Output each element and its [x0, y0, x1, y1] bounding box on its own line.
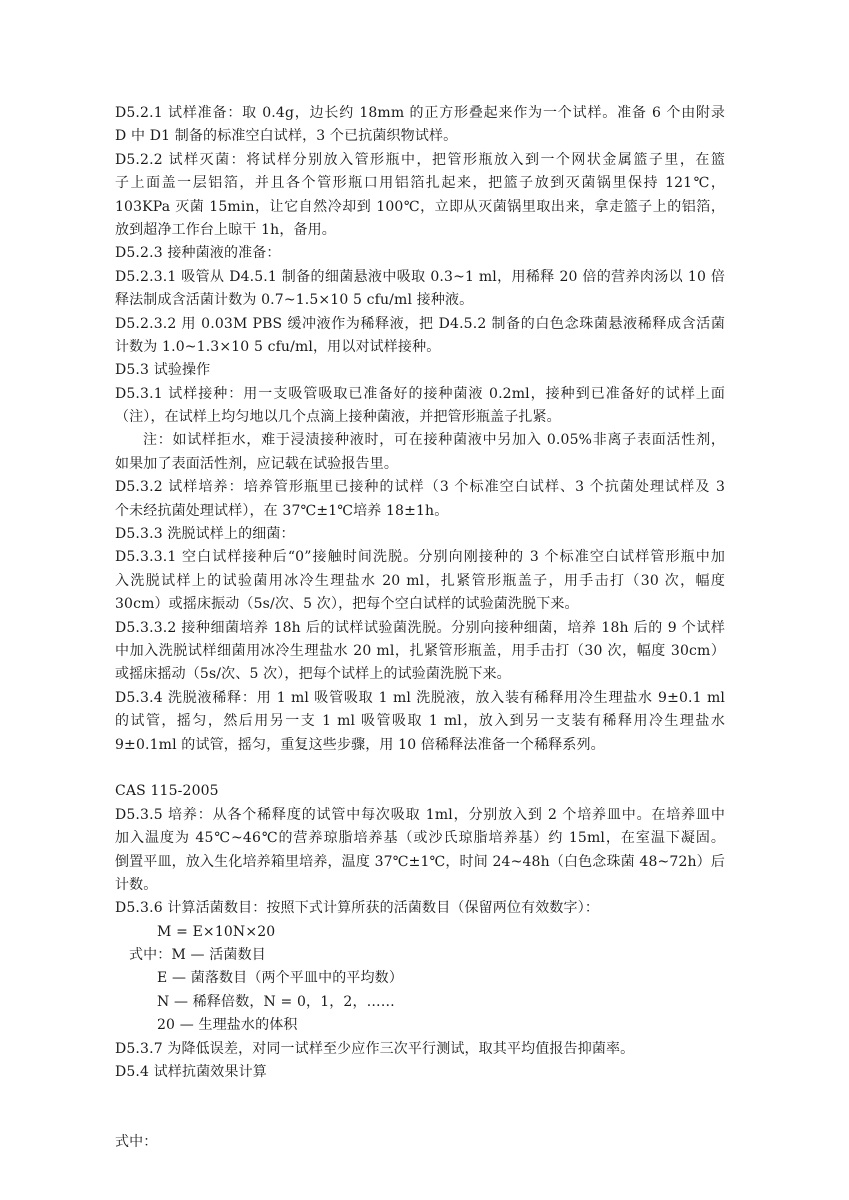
text-line: 或摇床摇动（5s/次、5 次），把每个试样上的试验菌洗脱下来。 [115, 663, 725, 686]
where-label: 式中： [115, 1131, 725, 1154]
section-d5-2-to-d5-3-4: D5.2.1 试样准备：取 0.4g，边长约 18mm 的正方形叠起来作为一个试… [115, 102, 725, 757]
text-line: D5.2.1 试样准备：取 0.4g，边长约 18mm 的正方形叠起来作为一个试… [115, 102, 725, 125]
text-line: D5.2.3.2 用 0.03M PBS 缓冲液作为稀释液，把 D4.5.2 制… [115, 313, 725, 336]
text-line: 计数。 [115, 874, 725, 897]
text-line: D5.3.2 试样培养：培养管形瓶里已接种的试样（3 个标准空白试样、3 个抗菌… [115, 476, 725, 499]
formula-def-e: E — 菌落数目（两个平皿中的平均数） [115, 967, 725, 990]
standard-code: CAS 115-2005 [115, 780, 725, 803]
text-line: 计数为 1.0~1.3×10 5 cfu/ml，用以对试样接种。 [115, 336, 725, 359]
text-line: 9±0.1ml 的试管，摇匀，重复这些步骤，用 10 倍稀释法准备一个稀释系列。 [115, 734, 725, 757]
paragraph-d5-3-7: D5.3.7 为降低误差，对同一试样至少应作三次平行测试，取其平均值报告抑菌率。 [115, 1038, 725, 1061]
blank-line [115, 757, 725, 780]
text-line: D 中 D1 制备的标准空白试样，3 个已抗菌织物试样。 [115, 125, 725, 148]
text-line: 个未经抗菌处理试样），在 37℃±1℃培养 18±1h。 [115, 500, 725, 523]
text-line: D5.3.3.2 接种细菌培养 18h 后的试样试验菌洗脱。分别向接种细菌，培养… [115, 617, 725, 640]
text-line: 30cm）或摇床振动（5s/次、5 次），把每个空白试样的试验菌洗脱下来。 [115, 593, 725, 616]
blank-line [115, 1084, 725, 1107]
text-line: D5.3.3.1 空白试样接种后“0”接触时间洗脱。分别向刚接种的 3 个标准空… [115, 546, 725, 569]
text-line: 加入温度为 45℃~46℃的营养琼脂培养基（或沙氏琼脂培养基）约 15ml，在室… [115, 827, 725, 850]
text-line: 注：如试样拒水，难于浸渍接种液时，可在接种菌液中另加入 0.05%非离子表面活性… [115, 429, 725, 452]
text-line: 放到超净工作台上晾干 1h，备用。 [115, 219, 725, 242]
text-line: 子上面盖一层铝箔，并且各个管形瓶口用铝箔扎起来，把篮子放到灭菌锅里保持 121℃… [115, 172, 725, 195]
text-line: D5.3.1 试样接种：用一支吸管吸取已准备好的接种菌液 0.2ml，接种到已准… [115, 383, 725, 406]
formula-equation: M = E×10N×20 [115, 921, 725, 944]
text-line: 中加入洗脱试样细菌用冰冷生理盐水 20 ml，扎紧管形瓶盖，用手击打（30 次，… [115, 640, 725, 663]
text-line: D5.2.3.1 吸管从 D4.5.1 制备的细菌悬液中吸取 0.3~1 ml，… [115, 266, 725, 289]
formula-def-n: N — 稀释倍数，N = 0，1，2，…… [115, 991, 725, 1014]
document-page: D5.2.1 试样准备：取 0.4g，边长约 18mm 的正方形叠起来作为一个试… [0, 0, 849, 1200]
text-line: D5.3.5 培养：从各个稀释度的试管中每次吸取 1ml，分别放入到 2 个培养… [115, 804, 725, 827]
text-line: 入洗脱试样上的试验菌用冰冷生理盐水 20 ml，扎紧管形瓶盖子，用手击打（30 … [115, 570, 725, 593]
text-line: D5.3.3 洗脱试样上的细菌： [115, 523, 725, 546]
formula-def-20: 20 — 生理盐水的体积 [115, 1014, 725, 1037]
document-body: D5.2.1 试样准备：取 0.4g，边长约 18mm 的正方形叠起来作为一个试… [115, 102, 725, 1155]
text-line: 的试管，摇匀，然后用另一支 1 ml 吸管吸取 1 ml，放入到另一支装有稀释用… [115, 710, 725, 733]
heading-d5-4: D5.4 试样抗菌效果计算 [115, 1061, 725, 1084]
text-line: 如果加了表面活性剂，应记载在试验报告里。 [115, 453, 725, 476]
text-line: 释法制成含活菌计数为 0.7~1.5×10 5 cfu/ml 接种液。 [115, 289, 725, 312]
text-line: D5.2.2 试样灭菌：将试样分别放入管形瓶中，把管形瓶放入到一个网状金属篮子里… [115, 149, 725, 172]
section-d5-3-5-to-d5-3-6: D5.3.5 培养：从各个稀释度的试管中每次吸取 1ml，分别放入到 2 个培养… [115, 804, 725, 921]
text-line: D5.3 试验操作 [115, 359, 725, 382]
formula-where-label: 式中：M — 活菌数目 [115, 944, 725, 967]
text-line: 103KPa 灭菌 15min，让它自然冷却到 100℃，立即从灭菌锅里取出来，… [115, 196, 725, 219]
text-line: D5.3.4 洗脱液稀释：用 1 ml 吸管吸取 1 ml 洗脱液，放入装有稀释… [115, 687, 725, 710]
text-line: （注），在试样上均匀地以几个点滴上接种菌液，并把管形瓶盖子扎紧。 [115, 406, 725, 429]
formula-placeholder [115, 1108, 725, 1131]
text-line: D5.3.6 计算活菌数目：按照下式计算所获的活菌数目（保留两位有效数字）： [115, 897, 725, 920]
text-line: 倒置平皿，放入生化培养箱里培养，温度 37℃±1℃，时间 24~48h（白色念珠… [115, 851, 725, 874]
text-line: D5.2.3 接种菌液的准备： [115, 242, 725, 265]
